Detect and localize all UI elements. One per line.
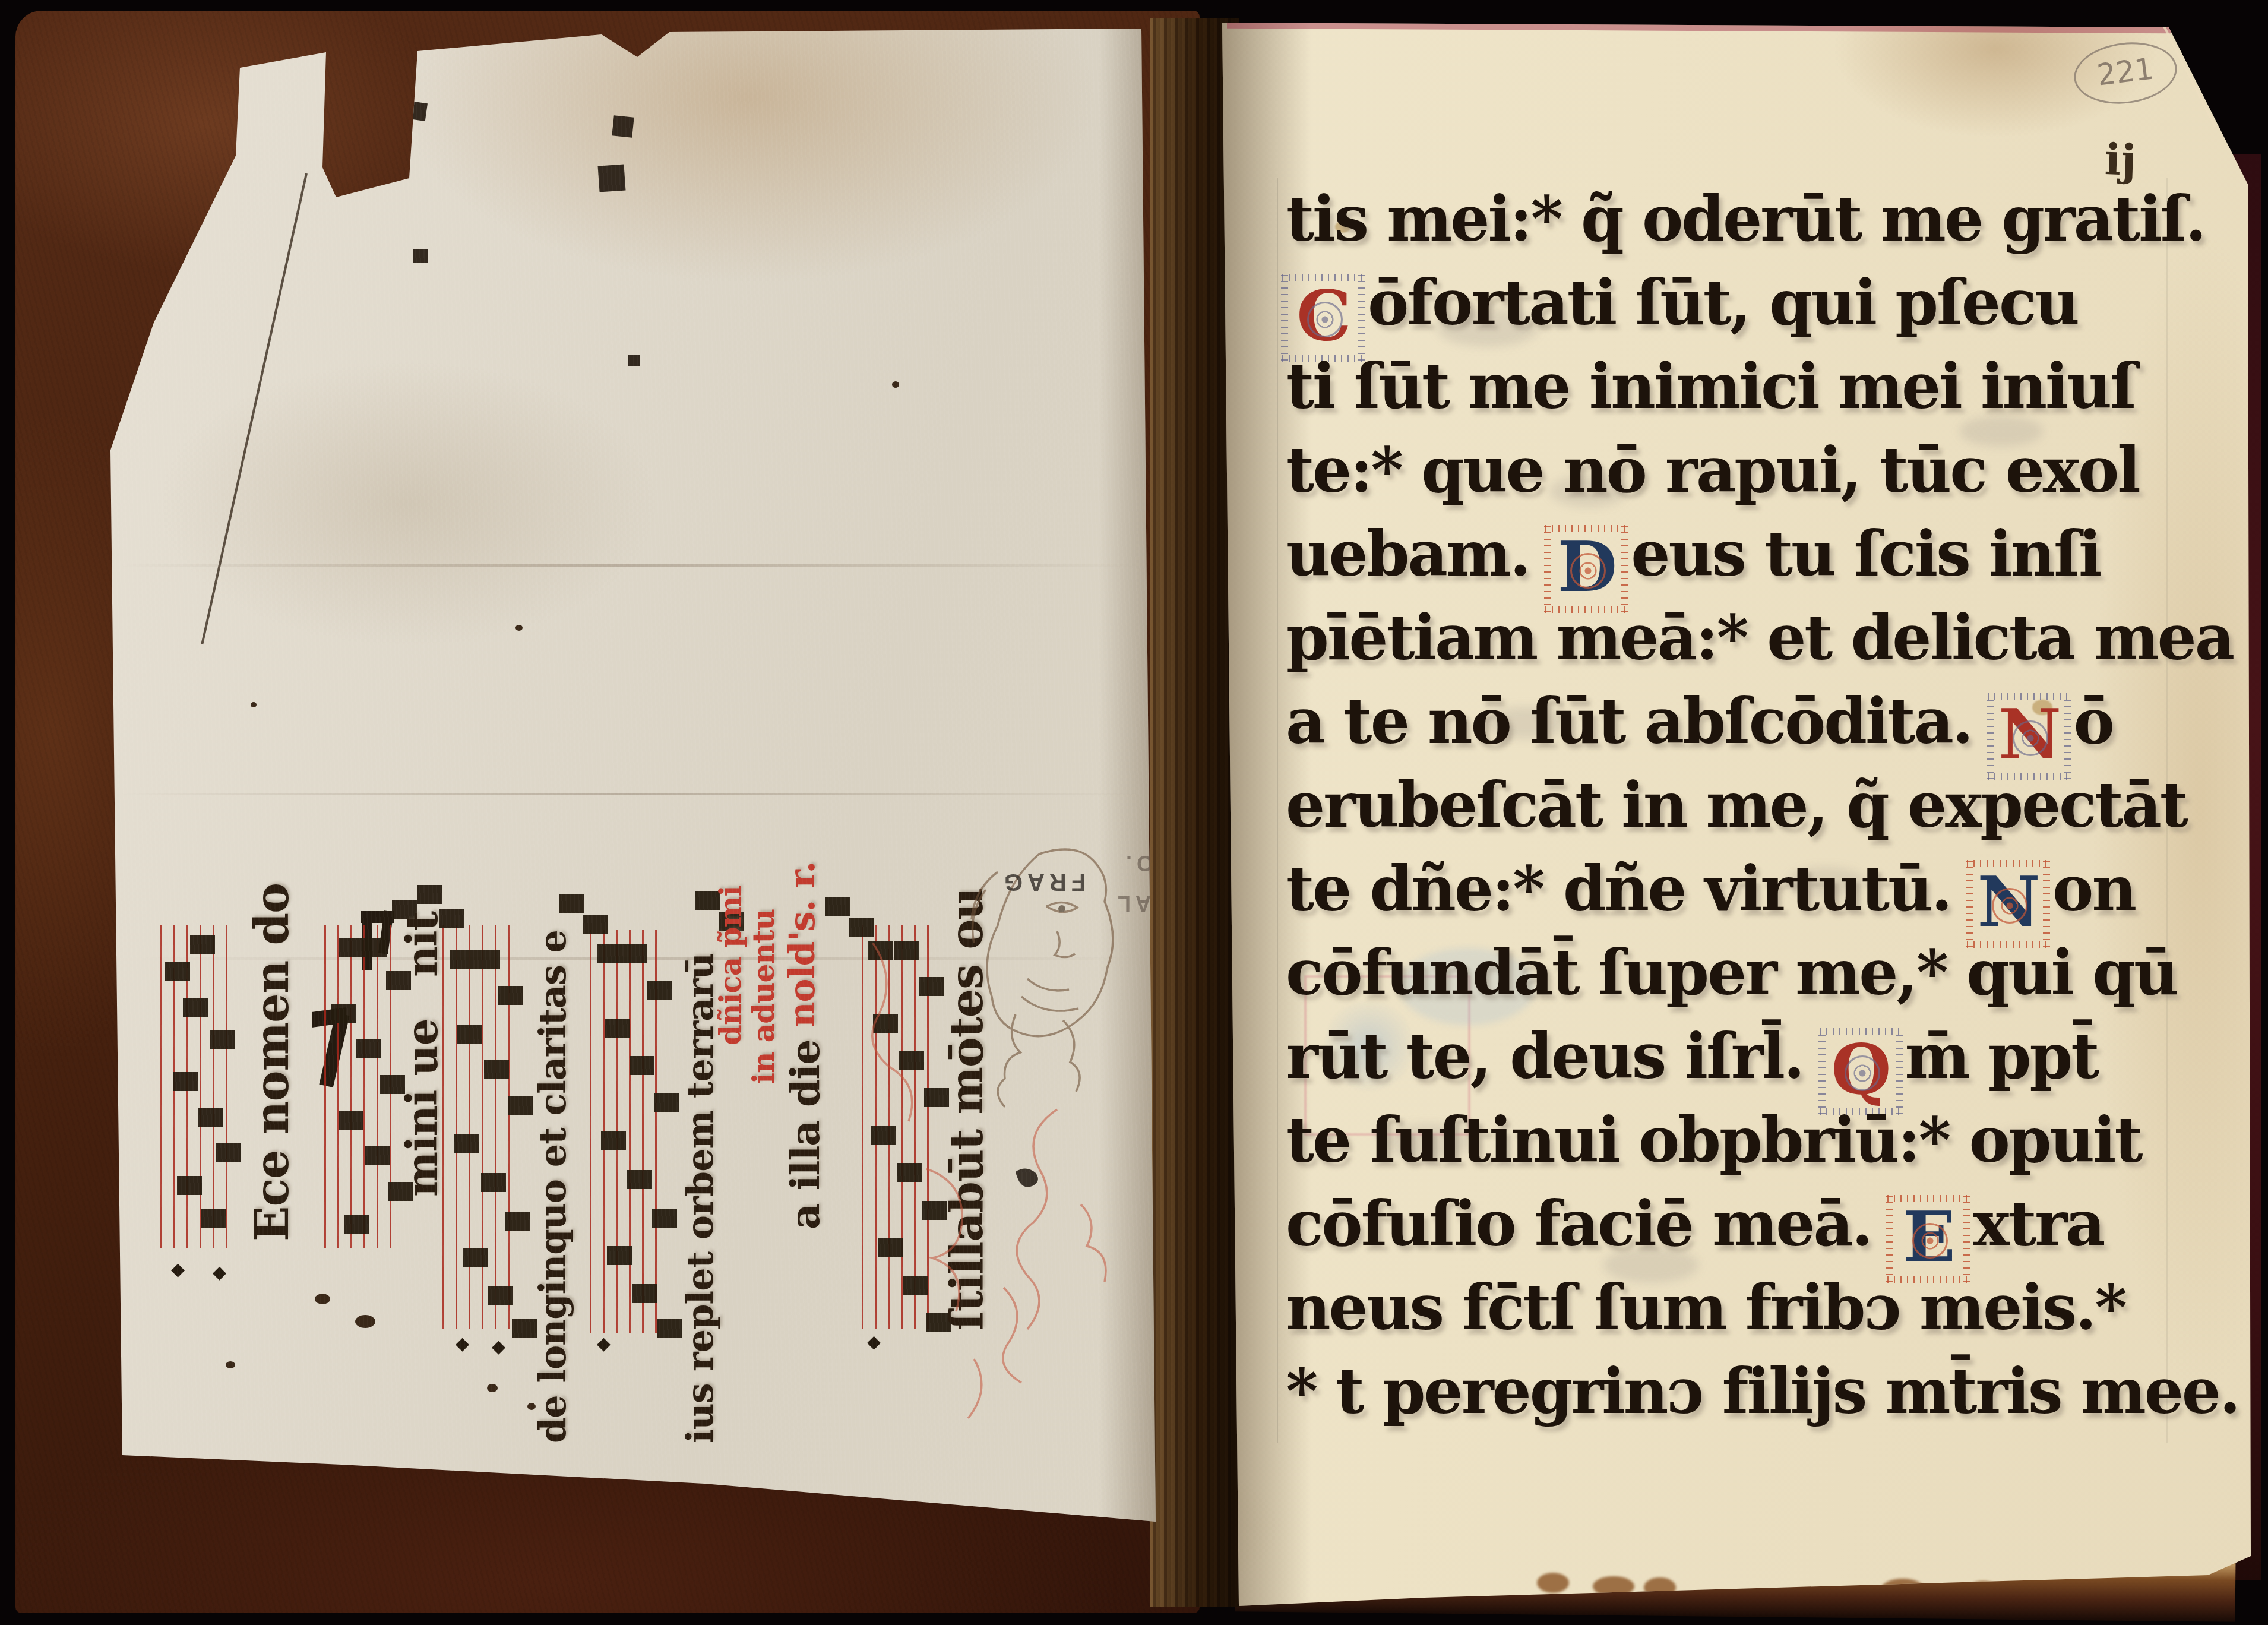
- neume-note: [198, 1108, 223, 1127]
- neume-note: [488, 1286, 513, 1305]
- psalm-text: * t peregrinɔ filijs mt̄ris mee.: [1286, 1355, 2239, 1428]
- neume-note: [165, 962, 190, 981]
- neume-note: [356, 1039, 381, 1058]
- psalm-line: Cōfortati ſūt, qui pſecu: [1286, 261, 2078, 344]
- psalm-text: ōfortati ſūt, qui pſecu: [1368, 266, 2078, 339]
- psalm-line: ti ſūt me inimici mei iniuſ: [1286, 344, 2135, 428]
- neume-note: [484, 1060, 509, 1079]
- neume-note: [173, 1072, 198, 1091]
- speck: [527, 1403, 536, 1410]
- psalm-text: ō: [2073, 685, 2112, 758]
- library-stamp: O.: [1121, 851, 1153, 875]
- neume-note: [331, 1004, 356, 1023]
- chant-lyric: Ece nomen do: [245, 883, 299, 1241]
- neume-note: [210, 1030, 235, 1049]
- psalm-text: cōfundāt̄ ſuper me,* qui qū: [1286, 936, 2177, 1009]
- neume-note: [201, 1209, 226, 1228]
- neume-note: [380, 1075, 405, 1094]
- custos-mark: ◆: [597, 1333, 611, 1354]
- neume-note: [463, 1248, 488, 1267]
- neume-note: [622, 944, 647, 963]
- psalm-text: a te nō ſūt abſcōdita.: [1286, 685, 1991, 758]
- psalm-text: uebam.: [1286, 517, 1549, 590]
- speck: [487, 1384, 498, 1392]
- chant-fragment: ◆◆◆◆◆◆Ece nomen donitmini uede longinquo…: [160, 849, 1170, 1449]
- library-stamp: FRAG: [999, 868, 1086, 895]
- neume-note: [871, 1126, 896, 1145]
- psalm-text: ti ſūt me inimici mei iniuſ: [1286, 350, 2135, 423]
- staff-lines: [590, 930, 657, 1333]
- chant-rubric: dñica p̃mi: [713, 886, 748, 1045]
- speck: [515, 625, 523, 631]
- chant-lyric: de longinquo et claritas e: [531, 930, 574, 1443]
- neume-note: [190, 935, 215, 954]
- neume-note: [719, 912, 744, 931]
- psalm-text: eus tu ſcis inſi: [1631, 517, 2100, 590]
- neume-note: [630, 1056, 654, 1075]
- chant-lyric: a illa die: [782, 1039, 829, 1229]
- neume-note: [647, 981, 672, 1000]
- illuminated-initial: Q: [1826, 1035, 1896, 1108]
- neume-note: [512, 1319, 537, 1338]
- neume-note: [919, 977, 944, 996]
- neume-note: [922, 1201, 947, 1220]
- neume-note: [386, 971, 411, 990]
- neume-note: [605, 1019, 630, 1038]
- custos-mark-large: [312, 1010, 346, 1089]
- neume-note: [339, 1111, 363, 1130]
- speck: [355, 1315, 375, 1328]
- custos-mark: ◆: [456, 1333, 469, 1354]
- psalm-text: on: [2052, 852, 2135, 925]
- crease-line: [119, 793, 1140, 795]
- psalm-text: xtra: [1973, 1187, 2103, 1260]
- psalm-line: pīētiam meā:* et delicta mea: [1286, 596, 2233, 679]
- neume-note: [903, 1276, 928, 1295]
- neume-note: [216, 1143, 241, 1162]
- ink-stain: [413, 249, 428, 263]
- crease-line: [137, 957, 1140, 960]
- chant-lyric: ſtillabūt mōtes ou: [940, 888, 993, 1330]
- neume-note: [481, 1173, 506, 1192]
- manuscript-photo: ◆◆◆◆◆◆Ece nomen donitmini uede longinquo…: [0, 0, 2268, 1625]
- speck: [315, 1294, 330, 1304]
- staff-lines: [862, 925, 929, 1329]
- ink-stain: [612, 115, 634, 137]
- neume-note: [695, 891, 720, 910]
- chant-lyric: nit: [397, 912, 447, 977]
- neume-note: [177, 1176, 202, 1195]
- speck: [226, 1361, 235, 1368]
- psalm-text: te:* que nō rapui, tūc exol: [1286, 434, 2139, 507]
- psalm-line: te ſuſtinui obpbriū:* opuit: [1286, 1098, 2142, 1182]
- neume-note: [417, 885, 442, 904]
- neume-note: [498, 986, 523, 1005]
- neume-note: [362, 938, 387, 957]
- chant-lyric: mini ue: [397, 1019, 447, 1197]
- neume-note: [508, 1096, 533, 1115]
- neume-note: [601, 1131, 626, 1150]
- neume-note: [632, 1284, 657, 1303]
- marginal-doodle: [808, 836, 1158, 1454]
- psalm-line: uebam. Deus tu ſcis inſi: [1286, 512, 2100, 596]
- custos-mark: ◆: [867, 1332, 881, 1352]
- psalm-line: tis mei:* q̃ oderūt me gratiſ.: [1286, 177, 2205, 261]
- neume-note: [924, 1088, 949, 1107]
- custos-mark: ◆: [213, 1262, 226, 1283]
- psalm-line: te dñe:* dñe virtutū. Non: [1286, 847, 2135, 931]
- neume-note: [183, 998, 208, 1017]
- neume-note: [454, 1134, 479, 1153]
- neume-note: [339, 938, 363, 957]
- neume-note: [505, 1212, 530, 1231]
- library-stamp: AL: [1113, 891, 1151, 916]
- parchment-crack: [201, 173, 308, 645]
- ink-stain: [598, 165, 626, 192]
- illuminated-initial: N: [1994, 700, 2064, 773]
- red-stained-edge: [1227, 21, 2171, 33]
- neume-note: [457, 1025, 482, 1044]
- frame-rule: [1277, 178, 1278, 1443]
- ink-stain: [628, 355, 640, 366]
- psalm-text: erubeſcāt in me, q̃ expectāt: [1286, 769, 2187, 842]
- psalm-line: neus fc̄tſ ſum fribɔ meis.*: [1286, 1266, 2125, 1349]
- illuminated-initial: C: [1288, 281, 1358, 355]
- stacked-corner-edge: [2176, 24, 2243, 152]
- neume-note: [388, 1182, 413, 1201]
- neume-note: [657, 1319, 682, 1338]
- illuminated-initial: N: [1973, 867, 2043, 941]
- neume-note: [559, 894, 584, 913]
- neume-note: [597, 944, 622, 963]
- neume-note: [607, 1246, 632, 1265]
- psalm-line: cōfuſio faciē meā. Extra: [1286, 1182, 2103, 1266]
- neume-note: [926, 1313, 951, 1332]
- psalm-text: cōfuſio faciē meā.: [1286, 1187, 1891, 1260]
- neume-note: [873, 1014, 898, 1033]
- neume-note: [450, 950, 475, 969]
- neume-note: [894, 941, 919, 960]
- psalm-text: te ſuſtinui obpbriū:* opuit: [1286, 1104, 2142, 1177]
- neume-note: [583, 915, 608, 934]
- psalm-text: rūt te, deus iſrl̄.: [1286, 1020, 1823, 1093]
- neume-note: [897, 1163, 922, 1182]
- neume-note: [652, 1209, 677, 1228]
- neume-note: [475, 950, 500, 969]
- neume-note: [825, 897, 850, 916]
- custos-mark: ◆: [492, 1336, 505, 1357]
- chant-lyric: ius replet orbem terrarū: [678, 953, 722, 1443]
- psalm-text: tis mei:* q̃ oderūt me gratiſ.: [1286, 182, 2205, 255]
- psalm-text-block: tis mei:* q̃ oderūt me gratiſ.Cōfortati …: [1286, 177, 2177, 1442]
- crease-line: [119, 564, 1140, 567]
- psalm-text: te dñe:* dñe virtutū.: [1286, 852, 1970, 925]
- psalm-line: cōfundāt̄ ſuper me,* qui qū: [1286, 931, 2177, 1014]
- illuminated-initial: D: [1551, 532, 1621, 606]
- neume-note: [899, 1051, 924, 1070]
- staff-lines: [324, 925, 391, 1248]
- clef-mark: [361, 911, 394, 973]
- neume-note: [365, 1146, 390, 1165]
- neume-note: [654, 1093, 679, 1112]
- psalm-line: a te nō ſūt abſcōdita. Nō: [1286, 679, 2113, 763]
- psalm-line: * t peregrinɔ filijs mt̄ris mee.: [1286, 1349, 2239, 1433]
- psalm-line: te:* que nō rapui, tūc exol: [1286, 428, 2139, 512]
- neume-note: [868, 941, 893, 960]
- neume-note: [392, 900, 417, 919]
- pencil-foliation: 221: [2070, 37, 2180, 109]
- staff-lines: [160, 925, 227, 1248]
- chant-rubric: in aduentu: [746, 909, 781, 1084]
- psalm-text: neus fc̄tſ ſum fribɔ meis.*: [1286, 1271, 2125, 1344]
- speck: [892, 381, 899, 388]
- neume-note: [344, 1215, 369, 1234]
- psalm-text: pīētiam meā:* et delicta mea: [1286, 601, 2233, 674]
- neume-note: [878, 1238, 903, 1257]
- illuminated-initial: E: [1893, 1202, 1963, 1276]
- neume-note: [439, 909, 464, 928]
- chant-rubric: nold's. r.: [782, 862, 823, 1028]
- custos-mark: ◆: [171, 1259, 185, 1280]
- psalm-line: rūt te, deus iſrl̄. Qm̄ ppt̄: [1286, 1014, 2098, 1098]
- neume-note: [627, 1170, 652, 1189]
- glue-spot: [1537, 1573, 1569, 1593]
- psalm-text: m̄ ppt̄: [1905, 1020, 2098, 1093]
- staff-lines: [442, 925, 510, 1329]
- speck: [251, 702, 257, 707]
- neume-note: [849, 918, 874, 937]
- psalm-line: erubeſcāt in me, q̃ expectāt: [1286, 763, 2187, 847]
